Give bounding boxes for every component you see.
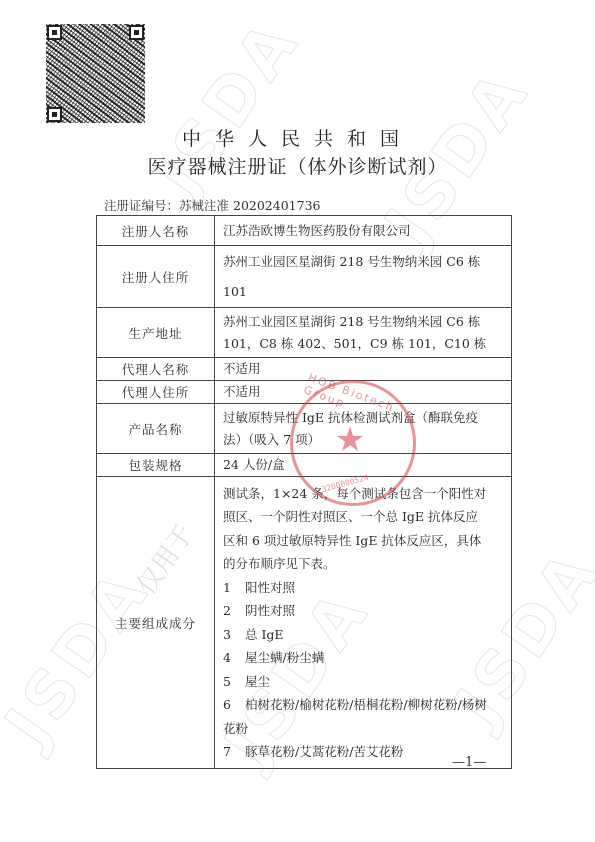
component-item: 4屋尘螨/粉尘螨 (223, 646, 511, 670)
component-text: 阳性对照 (245, 580, 295, 595)
component-text: 屋尘螨/粉尘螨 (245, 650, 324, 665)
component-text: 豚草花粉/艾蒿花粉/苦艾花粉 (245, 744, 403, 759)
value-line: 苏州工业园区星湖街 218 号生物纳米园 C6 栋 (223, 247, 511, 277)
value-line: 101 (223, 277, 511, 307)
component-text: 阴性对照 (245, 603, 295, 618)
intro-line: 测试条，1×24 条，每个测试条包含一个阳性对 (223, 482, 511, 506)
qr-finder-icon (47, 25, 62, 40)
component-number: 3 (223, 623, 245, 647)
component-number: 6 (223, 693, 245, 717)
table-row: 包装规格 24 人份/盒 (97, 454, 512, 477)
component-text: 柏树花粉/榆树花粉/梧桐花粉/柳树花粉/杨树 (245, 697, 487, 712)
row-label: 代理人名称 (97, 358, 215, 381)
value-line: 苏州工业园区星湖街 218 号生物纳米园 C6 栋 (223, 311, 511, 333)
row-value: 24 人份/盒 (215, 454, 512, 477)
component-text: 总 IgE (245, 627, 284, 642)
registration-number: 注册证编号：苏械注准 20202401736 (104, 196, 320, 214)
intro-line: 区和 6 项过敏原特异性 IgE 抗体反应区，具体 (223, 529, 511, 553)
row-label: 产品名称 (97, 404, 215, 454)
qr-code (46, 24, 145, 123)
table-row: 产品名称 过敏原特异性 IgE 抗体检测试剂盒（酶联免疫 法）（吸入 7 项） (97, 404, 512, 454)
component-item: 6柏树花粉/榆树花粉/梧桐花粉/柳树花粉/杨树 (223, 693, 511, 717)
value-line: 101，C8 栋 402、501，C9 栋 101，C10 栋 (223, 333, 511, 355)
table-row: 注册人住所 苏州工业园区星湖街 218 号生物纳米园 C6 栋 101 (97, 246, 512, 308)
page-number: —1— (452, 755, 486, 770)
value-line: 法）（吸入 7 项） (223, 429, 511, 451)
table-row: 代理人住所 不适用 (97, 381, 512, 404)
row-label: 注册人住所 (97, 246, 215, 308)
component-number: 4 (223, 646, 245, 670)
row-value: 测试条，1×24 条，每个测试条包含一个阳性对 照区、一个阴性对照区、一个总 I… (215, 477, 512, 769)
row-value: 苏州工业园区星湖街 218 号生物纳米园 C6 栋 101，C8 栋 402、5… (215, 308, 512, 358)
value-line: 过敏原特异性 IgE 抗体检测试剂盒（酶联免疫 (223, 407, 511, 429)
row-label: 包装规格 (97, 454, 215, 477)
component-number: 7 (223, 740, 245, 764)
table-row: 注册人名称 江苏浩欧博生物医药股份有限公司 (97, 216, 512, 246)
qr-finder-icon (129, 25, 144, 40)
row-value: 苏州工业园区星湖街 218 号生物纳米园 C6 栋 101 (215, 246, 512, 308)
component-item-continued: 花粉 (223, 717, 511, 741)
component-item: 2阴性对照 (223, 599, 511, 623)
intro-line: 照区、一个阴性对照区、一个总 IgE 抗体反应 (223, 505, 511, 529)
table-row: 生产地址 苏州工业园区星湖街 218 号生物纳米园 C6 栋 101，C8 栋 … (97, 308, 512, 358)
row-label: 生产地址 (97, 308, 215, 358)
document-title: 医疗器械注册证（体外诊断试剂） (0, 152, 595, 179)
component-number: 2 (223, 599, 245, 623)
intro-line: 的分布顺序见下表。 (223, 552, 511, 576)
component-item: 3总 IgE (223, 623, 511, 647)
component-number: 5 (223, 670, 245, 694)
row-value: 不适用 (215, 358, 512, 381)
component-item: 1阳性对照 (223, 576, 511, 600)
registration-number-label: 注册证编号： (104, 198, 179, 213)
component-item: 5屋尘 (223, 670, 511, 694)
row-value: 江苏浩欧博生物医药股份有限公司 (215, 216, 512, 246)
component-text: 屋尘 (245, 674, 270, 689)
registration-table: 注册人名称 江苏浩欧博生物医药股份有限公司 注册人住所 苏州工业园区星湖街 21… (96, 215, 512, 769)
row-value: 过敏原特异性 IgE 抗体检测试剂盒（酶联免疫 法）（吸入 7 项） (215, 404, 512, 454)
row-label: 代理人住所 (97, 381, 215, 404)
table-row: 代理人名称 不适用 (97, 358, 512, 381)
qr-finder-icon (47, 107, 62, 122)
component-number: 1 (223, 576, 245, 600)
row-label: 注册人名称 (97, 216, 215, 246)
table-row: 主要组成成分 测试条，1×24 条，每个测试条包含一个阳性对 照区、一个阴性对照… (97, 477, 512, 769)
document-title-country: 中华人民共和国 (0, 124, 595, 151)
registration-number-value: 苏械注准 20202401736 (179, 198, 320, 213)
row-label: 主要组成成分 (97, 477, 215, 769)
row-value: 不适用 (215, 381, 512, 404)
